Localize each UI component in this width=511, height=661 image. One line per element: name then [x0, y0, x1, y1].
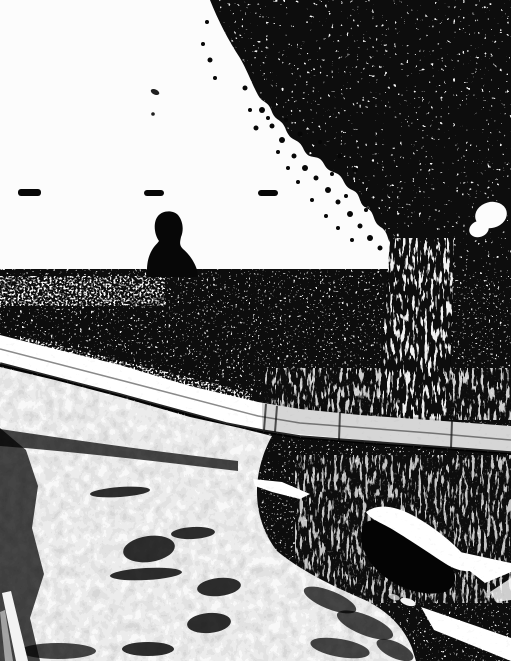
- monochrome-photograph: [0, 0, 511, 661]
- water-dash-3: [258, 190, 278, 196]
- wet-patch: [122, 642, 174, 656]
- grass-highlight-band: [0, 276, 165, 306]
- water-dash-1: [18, 189, 41, 196]
- photo-canvas: [0, 0, 511, 661]
- wet-patch: [20, 643, 96, 659]
- water-dash-2: [144, 190, 164, 196]
- tree-trunk: [377, 238, 454, 434]
